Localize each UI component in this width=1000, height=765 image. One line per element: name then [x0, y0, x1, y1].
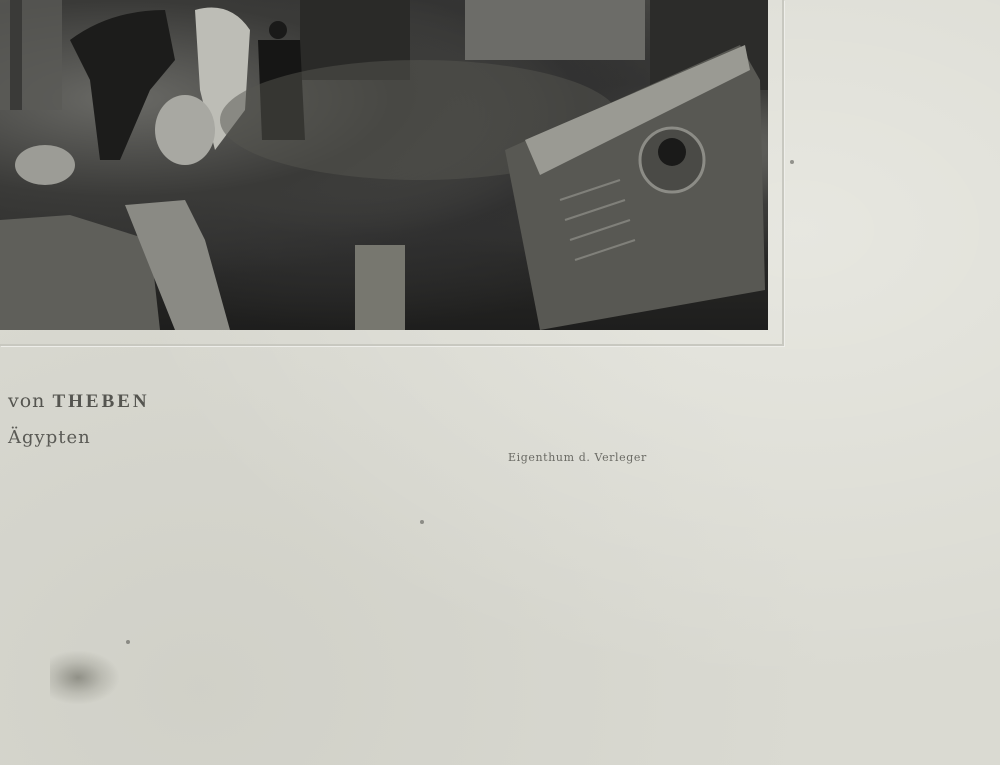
publisher-note: Eigenthum d. Verleger: [508, 451, 647, 464]
foxing-spot: [126, 640, 130, 644]
foxing-stain: [50, 650, 120, 705]
caption-prefix: von: [8, 390, 52, 412]
foxing-spot: [420, 520, 424, 524]
caption-title: von THEBEN: [8, 390, 150, 413]
caption-place: THEBEN: [52, 391, 149, 412]
engraving-scene: [0, 0, 768, 330]
foxing-spot: [790, 160, 794, 164]
caption-subtitle: Ägypten: [8, 427, 91, 448]
engraving-image: [0, 0, 768, 330]
